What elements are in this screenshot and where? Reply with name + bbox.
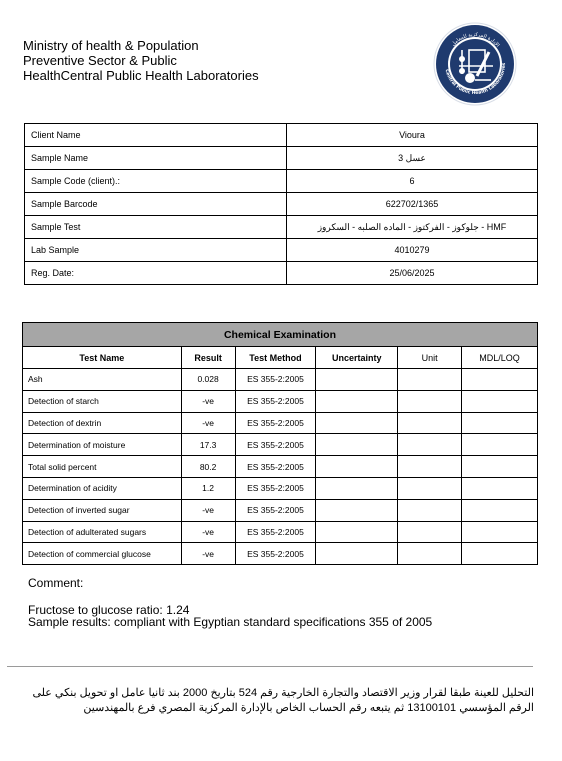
result-cell: 0.028	[181, 369, 235, 391]
uncertainty-cell	[316, 412, 398, 434]
footer-payment-note: التحليل للعينة طبقا لقرار وزير الاقتصاد …	[8, 686, 534, 716]
column-header-test-name: Test Name	[23, 347, 182, 369]
info-label: Sample Code (client).:	[25, 170, 287, 193]
uncertainty-cell	[316, 369, 398, 391]
info-value: جلوكوز - الفركتوز - الماده الصلبه - السك…	[287, 216, 538, 239]
test-name-cell: Detection of dextrin	[23, 412, 182, 434]
test-method-cell: ES 355-2:2005	[235, 412, 316, 434]
info-row: Sample Barcode622702/1365	[25, 193, 538, 216]
uncertainty-cell	[316, 456, 398, 478]
uncertainty-cell	[316, 543, 398, 565]
table-row: Detection of commercial glucose-veES 355…	[23, 543, 538, 565]
table-row: Determination of acidity1.2ES 355-2:2005	[23, 477, 538, 499]
info-value: 25/06/2025	[287, 262, 538, 285]
test-name-cell: Ash	[23, 369, 182, 391]
column-header-result: Result	[181, 347, 235, 369]
info-value: Vioura	[287, 124, 538, 147]
unit-cell	[398, 390, 462, 412]
uncertainty-cell	[316, 477, 398, 499]
info-value: 6	[287, 170, 538, 193]
column-header-uncertainty: Uncertainty	[316, 347, 398, 369]
mdl-loq-cell	[462, 521, 538, 543]
test-method-cell: ES 355-2:2005	[235, 390, 316, 412]
test-method-cell: ES 355-2:2005	[235, 543, 316, 565]
org-line-ministry: Ministry of health & Population	[23, 38, 259, 53]
table-row: Detection of dextrin-veES 355-2:2005	[23, 412, 538, 434]
table-row: Detection of adulterated sugars-veES 355…	[23, 521, 538, 543]
test-name-cell: Total solid percent	[23, 456, 182, 478]
mdl-loq-cell	[462, 390, 538, 412]
mdl-loq-cell	[462, 543, 538, 565]
info-label: Client Name	[25, 124, 287, 147]
mdl-loq-cell	[462, 369, 538, 391]
unit-cell	[398, 369, 462, 391]
result-cell: -ve	[181, 543, 235, 565]
info-label: Sample Test	[25, 216, 287, 239]
unit-cell	[398, 543, 462, 565]
org-line-sector: Preventive Sector & Public	[23, 53, 259, 68]
comment-label: Comment:	[28, 577, 432, 590]
column-header-mdl-loq: MDL/LOQ	[462, 347, 538, 369]
uncertainty-cell	[316, 434, 398, 456]
test-method-cell: ES 355-2:2005	[235, 369, 316, 391]
chemical-examination-title: Chemical Examination	[23, 323, 538, 347]
mdl-loq-cell	[462, 499, 538, 521]
info-row: Sample Code (client).:6	[25, 170, 538, 193]
chemical-examination-table: Chemical Examination Test Name Result Te…	[22, 322, 538, 565]
result-cell: -ve	[181, 390, 235, 412]
info-value: عسل 3	[287, 147, 538, 170]
result-cell: 17.3	[181, 434, 235, 456]
table-row: Ash0.028ES 355-2:2005	[23, 369, 538, 391]
column-header-unit: Unit	[398, 347, 462, 369]
info-row: Sample Testجلوكوز - الفركتوز - الماده ال…	[25, 216, 538, 239]
test-method-cell: ES 355-2:2005	[235, 434, 316, 456]
test-name-cell: Determination of acidity	[23, 477, 182, 499]
test-name-cell: Detection of commercial glucose	[23, 543, 182, 565]
test-name-cell: Detection of inverted sugar	[23, 499, 182, 521]
uncertainty-cell	[316, 390, 398, 412]
uncertainty-cell	[316, 521, 398, 543]
lab-seal-logo-icon: الإدارة المركزية للمعامل Central Public …	[433, 22, 517, 106]
test-method-cell: ES 355-2:2005	[235, 499, 316, 521]
mdl-loq-cell	[462, 434, 538, 456]
info-label: Sample Name	[25, 147, 287, 170]
result-cell: -ve	[181, 521, 235, 543]
result-cell: 80.2	[181, 456, 235, 478]
unit-cell	[398, 412, 462, 434]
test-method-cell: ES 355-2:2005	[235, 456, 316, 478]
unit-cell	[398, 456, 462, 478]
test-name-cell: Detection of starch	[23, 390, 182, 412]
org-line-laboratories: HealthCentral Public Health Laboratories	[23, 68, 259, 83]
test-name-cell: Detection of adulterated sugars	[23, 521, 182, 543]
info-value: 4010279	[287, 239, 538, 262]
test-method-cell: ES 355-2:2005	[235, 521, 316, 543]
result-cell: -ve	[181, 499, 235, 521]
info-label: Lab Sample	[25, 239, 287, 262]
info-row: Reg. Date:25/06/2025	[25, 262, 538, 285]
comment-compliance: Sample results: compliant with Egyptian …	[28, 616, 432, 629]
test-method-cell: ES 355-2:2005	[235, 477, 316, 499]
info-row: Lab Sample4010279	[25, 239, 538, 262]
organization-header: Ministry of health & Population Preventi…	[23, 38, 259, 83]
sample-info-table: Client NameViouraSample Nameعسل 3Sample …	[24, 123, 538, 285]
table-row: Detection of starch-veES 355-2:2005	[23, 390, 538, 412]
result-cell: 1.2	[181, 477, 235, 499]
mdl-loq-cell	[462, 456, 538, 478]
result-cell: -ve	[181, 412, 235, 434]
unit-cell	[398, 499, 462, 521]
unit-cell	[398, 477, 462, 499]
table-row: Total solid percent80.2ES 355-2:2005	[23, 456, 538, 478]
column-header-test-method: Test Method	[235, 347, 316, 369]
uncertainty-cell	[316, 499, 398, 521]
info-label: Sample Barcode	[25, 193, 287, 216]
unit-cell	[398, 521, 462, 543]
mdl-loq-cell	[462, 477, 538, 499]
info-value: 622702/1365	[287, 193, 538, 216]
table-row: Determination of moisture17.3ES 355-2:20…	[23, 434, 538, 456]
footer-divider	[7, 666, 533, 667]
comment-section: Comment: Fructose to glucose ratio: 1.24…	[28, 577, 432, 629]
info-label: Reg. Date:	[25, 262, 287, 285]
mdl-loq-cell	[462, 412, 538, 434]
info-row: Client NameVioura	[25, 124, 538, 147]
info-row: Sample Nameعسل 3	[25, 147, 538, 170]
unit-cell	[398, 434, 462, 456]
table-row: Detection of inverted sugar-veES 355-2:2…	[23, 499, 538, 521]
test-name-cell: Determination of moisture	[23, 434, 182, 456]
